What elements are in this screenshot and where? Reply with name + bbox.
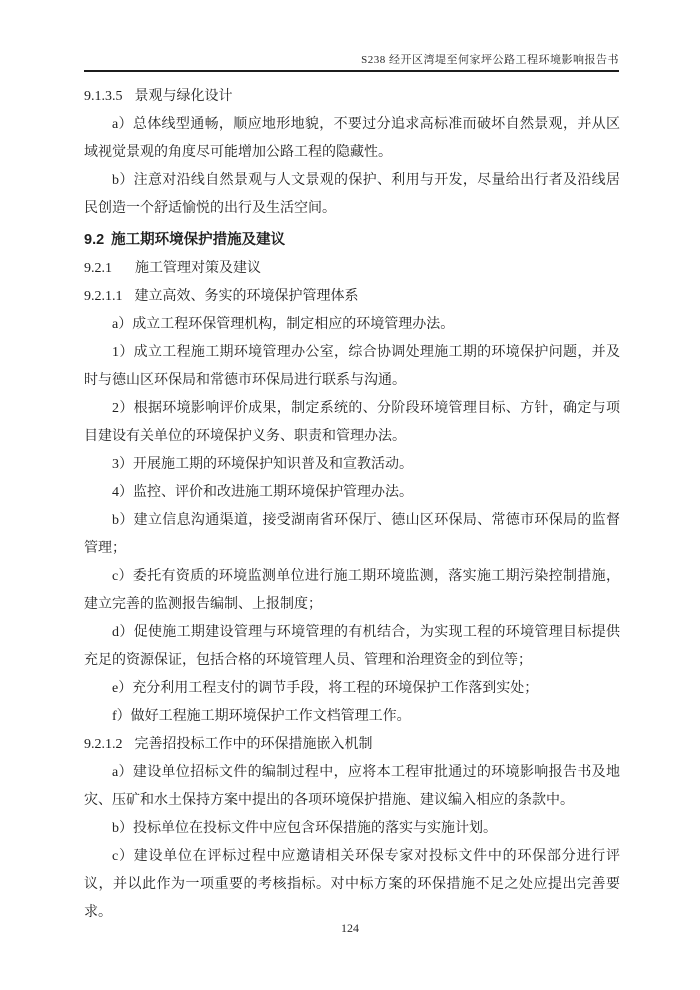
paragraph: 3）开展施工期的环境保护知识普及和宣教活动。 xyxy=(84,451,620,479)
section-heading: 9.2施工期环境保护措施及建议 xyxy=(84,226,620,254)
page-number: 124 xyxy=(0,921,700,936)
page-header: S238 经开区湾堤至何家坪公路工程环境影响报告书 xyxy=(84,51,619,67)
heading-number: 9.2.1.1 xyxy=(84,289,123,304)
paragraph: c）建设单位在评标过程中应邀请相关环保专家对投标文件中的环保部分进行评议，并以此… xyxy=(84,843,620,927)
paragraph: d）促使施工期建设管理与环境管理的有机结合，为实现工程的环境管理目标提供充足的资… xyxy=(84,619,620,675)
heading-title: 完善招投标工作中的环保措施嵌入机制 xyxy=(135,737,373,752)
document-page: S238 经开区湾堤至何家坪公路工程环境影响报告书 9.1.3.5景观与绿化设计… xyxy=(0,0,700,990)
heading-number: 9.2.1 xyxy=(84,261,112,276)
paragraph: b）建立信息沟通渠道，接受湖南省环保厅、德山区环保局、常德市环保局的监督管理； xyxy=(84,507,620,563)
header-rule xyxy=(84,70,619,72)
paragraph: a）建设单位招标文件的编制过程中，应将本工程审批通过的环境影响报告书及地灾、压矿… xyxy=(84,759,620,815)
section-heading: 9.2.1.2完善招投标工作中的环保措施嵌入机制 xyxy=(84,731,620,759)
section-heading: 9.1.3.5景观与绿化设计 xyxy=(84,83,620,111)
section-heading: 9.2.1施工管理对策及建议 xyxy=(84,255,620,283)
heading-title: 施工管理对策及建议 xyxy=(135,261,261,276)
heading-title: 景观与绿化设计 xyxy=(135,89,233,104)
paragraph: e）充分利用工程支付的调节手段，将工程的环境保护工作落到实处； xyxy=(84,675,620,703)
paragraph: a）总体线型通畅，顺应地形地貌，不要过分追求高标准而破坏自然景观，并从区域视觉景… xyxy=(84,111,620,167)
heading-number: 9.2 xyxy=(84,232,104,248)
heading-title: 施工期环境保护措施及建议 xyxy=(111,232,285,248)
paragraph: 4）监控、评价和改进施工期环境保护管理办法。 xyxy=(84,479,620,507)
heading-title: 建立高效、务实的环境保护管理体系 xyxy=(135,289,359,304)
heading-number: 9.2.1.2 xyxy=(84,737,123,752)
heading-number: 9.1.3.5 xyxy=(84,89,123,104)
paragraph: f）做好工程施工期环境保护工作文档管理工作。 xyxy=(84,703,620,731)
paragraph: c）委托有资质的环境监测单位进行施工期环境监测，落实施工期污染控制措施，建立完善… xyxy=(84,563,620,619)
paragraph: b）投标单位在投标文件中应包含环保措施的落实与实施计划。 xyxy=(84,815,620,843)
paragraph: 1）成立工程施工期环境管理办公室，综合协调处理施工期的环境保护问题，并及时与德山… xyxy=(84,339,620,395)
paragraph: b）注意对沿线自然景观与人文景观的保护、利用与开发，尽量给出行者及沿线居民创造一… xyxy=(84,167,620,223)
section-heading: 9.2.1.1建立高效、务实的环境保护管理体系 xyxy=(84,283,620,311)
paragraph: a）成立工程环保管理机构，制定相应的环境管理办法。 xyxy=(84,311,620,339)
paragraph: 2）根据环境影响评价成果，制定系统的、分阶段环境管理目标、方针，确定与项目建设有… xyxy=(84,395,620,451)
document-body: 9.1.3.5景观与绿化设计a）总体线型通畅，顺应地形地貌，不要过分追求高标准而… xyxy=(84,83,620,927)
